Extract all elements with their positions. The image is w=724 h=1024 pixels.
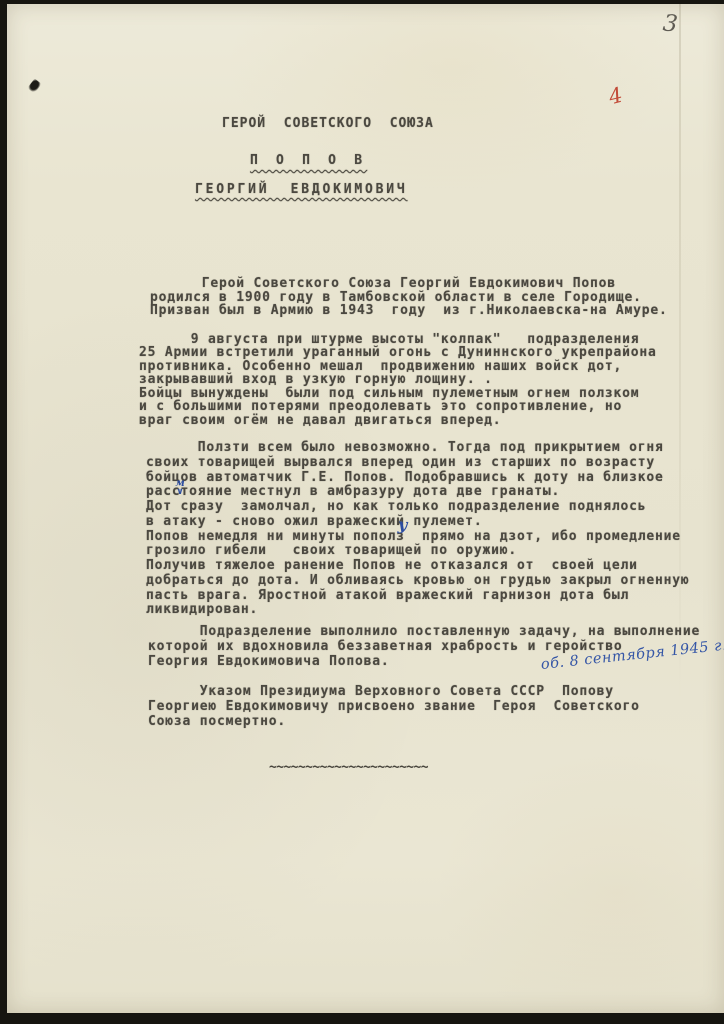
ink-insertion-mark: м ∨ <box>172 479 188 496</box>
text-line: ликвидирован. <box>146 603 689 618</box>
surname-heading: П О П О В <box>250 153 367 168</box>
ink-overwritten-letter: у <box>397 515 408 535</box>
text-line: Призван был в Армию в 1943 году из г.Ник… <box>150 304 668 318</box>
text-line: 25 Армии встретили ураганный огонь с Дун… <box>139 346 657 359</box>
text-line: добраться до дота. И обливаясь кровью он… <box>146 574 689 589</box>
text-line: Указом Президиума Верховного Совета СССР… <box>148 684 640 699</box>
text-line: расстояние местнул в амбразуру дота две … <box>146 485 689 500</box>
paragraph-feat: Ползти всем было невозможно. Тогда под п… <box>146 441 689 618</box>
text-line: Союза посмертно. <box>148 714 640 729</box>
text-line: Георгиею Евдокимовичу присвоено звание Г… <box>148 699 640 714</box>
scanned-document: 3 4 ГЕРОЙ СОВЕТСКОГО СОЮЗА П О П О В ГЕО… <box>0 0 724 1024</box>
text-line: пасть врага. Яростной атакой вражеский г… <box>146 589 689 604</box>
paragraph-decree: Указом Президиума Верховного Совета СССР… <box>148 684 640 730</box>
text-line: враг своим огём не давал двигаться впере… <box>139 414 657 427</box>
text-line: Получив тяжелое ранение Попов не отказал… <box>146 559 689 574</box>
text-line: и с большими потерями преодолевать это с… <box>139 400 657 413</box>
text-line: Дот сразу замолчал, но как только подраз… <box>146 500 689 515</box>
page-number-pencil: 3 <box>662 10 679 37</box>
text-line: в атаку - сново ожил вражеский пулемет. <box>146 515 689 530</box>
paragraph-assault: 9 августа при штурме высоты "колпак" под… <box>139 333 657 427</box>
document-title: ГЕРОЙ СОВЕТСКОГО СОЮЗА <box>222 116 434 131</box>
text-line: Ползти всем было невозможно. Тогда под п… <box>146 441 689 456</box>
text-line: Герой Советского Союза Георгий Евдокимов… <box>150 277 668 291</box>
text-line: грозило гибели своих товарищей по оружию… <box>146 544 689 559</box>
name-patronymic-heading: ГЕОРГИЙ ЕВДОКИМОВИЧ <box>195 182 408 197</box>
text-line: своих товарищей вырвался вперед один из … <box>146 456 689 471</box>
caret-icon: ∨ <box>176 488 183 496</box>
text-line: Подразделение выполнило поставленную зад… <box>148 624 700 639</box>
text-line: закрывавший вход в узкую горную лощину. … <box>139 373 657 386</box>
paragraph-biography: Герой Советского Союза Георгий Евдокимов… <box>150 277 668 318</box>
wavy-divider: ~~~~~~~~~~~~~~~~~~~~~~ <box>269 760 428 775</box>
